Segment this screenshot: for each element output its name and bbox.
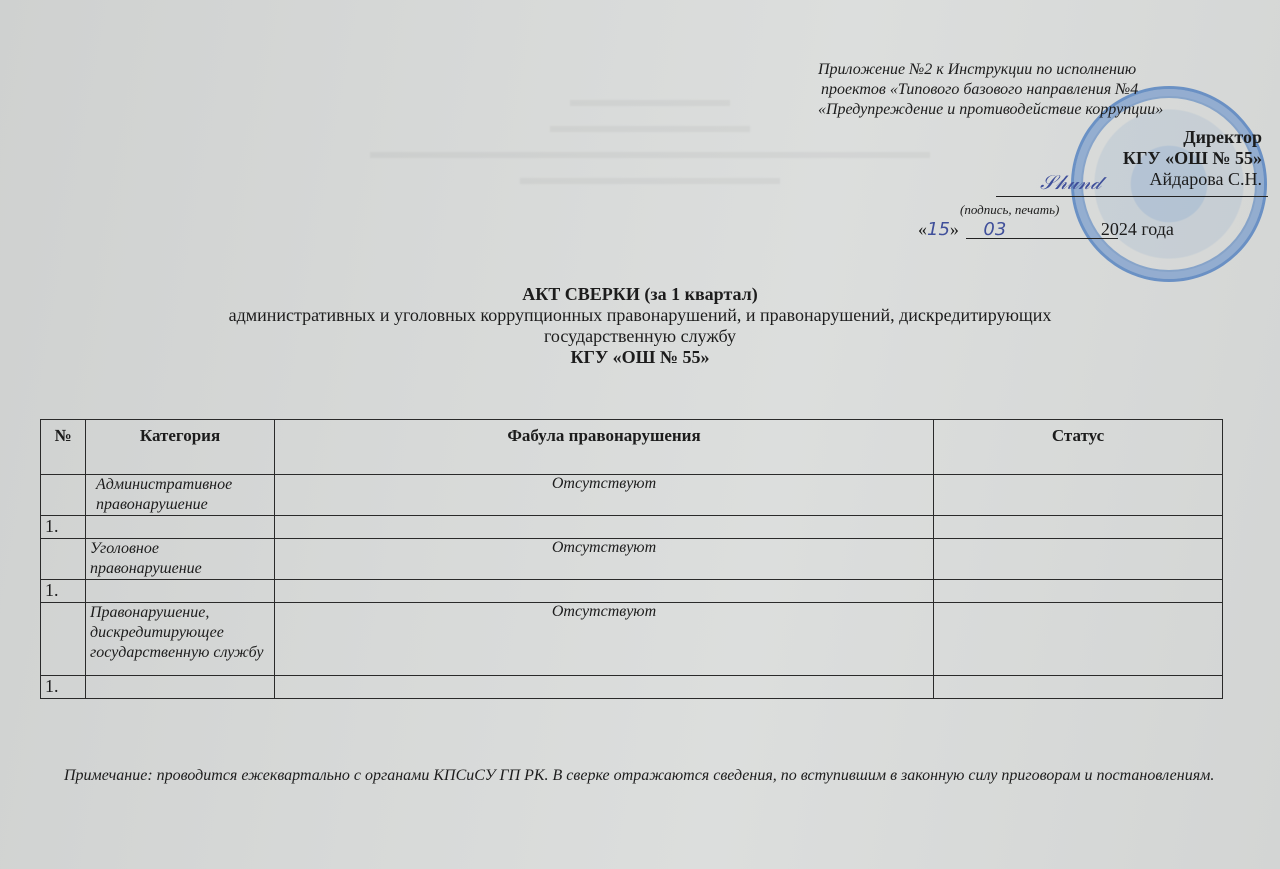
row-number-cell: 1. [41,580,86,603]
status-cell [934,603,1223,676]
date-open-quote: « [918,219,927,239]
table-category-row: Уголовное правонарушение Отсутствуют [41,539,1223,580]
status-cell [934,580,1223,603]
category-cell [86,516,275,539]
fabula-cell: Отсутствуют [275,539,934,580]
approver-position: Директор [1123,127,1262,148]
table-row: 1. [41,676,1223,699]
date-close-quote: » [950,219,959,239]
date-line [966,238,1118,239]
fabula-cell [275,580,934,603]
status-cell [934,676,1223,699]
row-number-cell: 1. [41,516,86,539]
annex-line: Приложение №2 к Инструкции по исполнению [818,60,1163,80]
handwritten-signature-icon: 𝒮𝒽𝓊𝓃𝒹 [1040,170,1101,194]
fabula-cell [275,516,934,539]
date-year: 2024 года [1101,219,1174,239]
annex-reference: Приложение №2 к Инструкции по исполнению… [818,60,1163,120]
table-category-row: Административное правонарушение Отсутств… [41,475,1223,516]
column-header-fabula: Фабула правонарушения [275,420,934,475]
signature-caption: (подпись, печать) [960,202,1059,218]
document-subtitle-line2: государственную службу [0,326,1280,347]
category-cell: Правонарушение, дискредитирующее государ… [86,603,275,676]
status-cell [934,475,1223,516]
category-cell: Административное правонарушение [86,475,275,516]
column-header-category: Категория [86,420,275,475]
table-row: 1. [41,580,1223,603]
table-cell [41,603,86,676]
reconciliation-table: № Категория Фабула правонарушения Статус… [40,419,1223,699]
annex-line: проектов «Типового базового направления … [818,80,1163,100]
approver-organization: КГУ «ОШ № 55» [1123,148,1262,169]
approver-name: Айдарова С.Н. [1123,169,1262,190]
category-cell [86,676,275,699]
table-category-row: Правонарушение, дискредитирующее государ… [41,603,1223,676]
document-heading: АКТ СВЕРКИ (за 1 квартал) [0,284,1280,305]
document-note: Примечание: проводится ежеквартально с о… [64,765,1224,787]
table-row: 1. [41,516,1223,539]
document-subtitle-line1: административных и уголовных коррупционн… [0,305,1280,326]
date-day: 15 [927,219,950,240]
table-header-row: № Категория Фабула правонарушения Статус [41,420,1223,475]
document-organization: КГУ «ОШ № 55» [0,347,1280,368]
category-cell [86,580,275,603]
approval-block: Директор КГУ «ОШ № 55» Айдарова С.Н. [1123,127,1262,190]
row-number-cell: 1. [41,676,86,699]
annex-line: «Предупреждение и противодействие корруп… [818,100,1163,120]
signature-line [996,196,1268,197]
document-title-block: АКТ СВЕРКИ (за 1 квартал) административн… [0,284,1280,368]
date-month: 03 [983,219,1006,240]
category-cell: Уголовное правонарушение [86,539,275,580]
fabula-cell: Отсутствуют [275,603,934,676]
table-cell [41,475,86,516]
fabula-cell [275,676,934,699]
approval-date: «15» 03 2024 года [918,219,1174,240]
status-cell [934,516,1223,539]
table-cell [41,539,86,580]
status-cell [934,539,1223,580]
fabula-cell: Отсутствуют [275,475,934,516]
column-header-number: № [41,420,86,475]
column-header-status: Статус [934,420,1223,475]
